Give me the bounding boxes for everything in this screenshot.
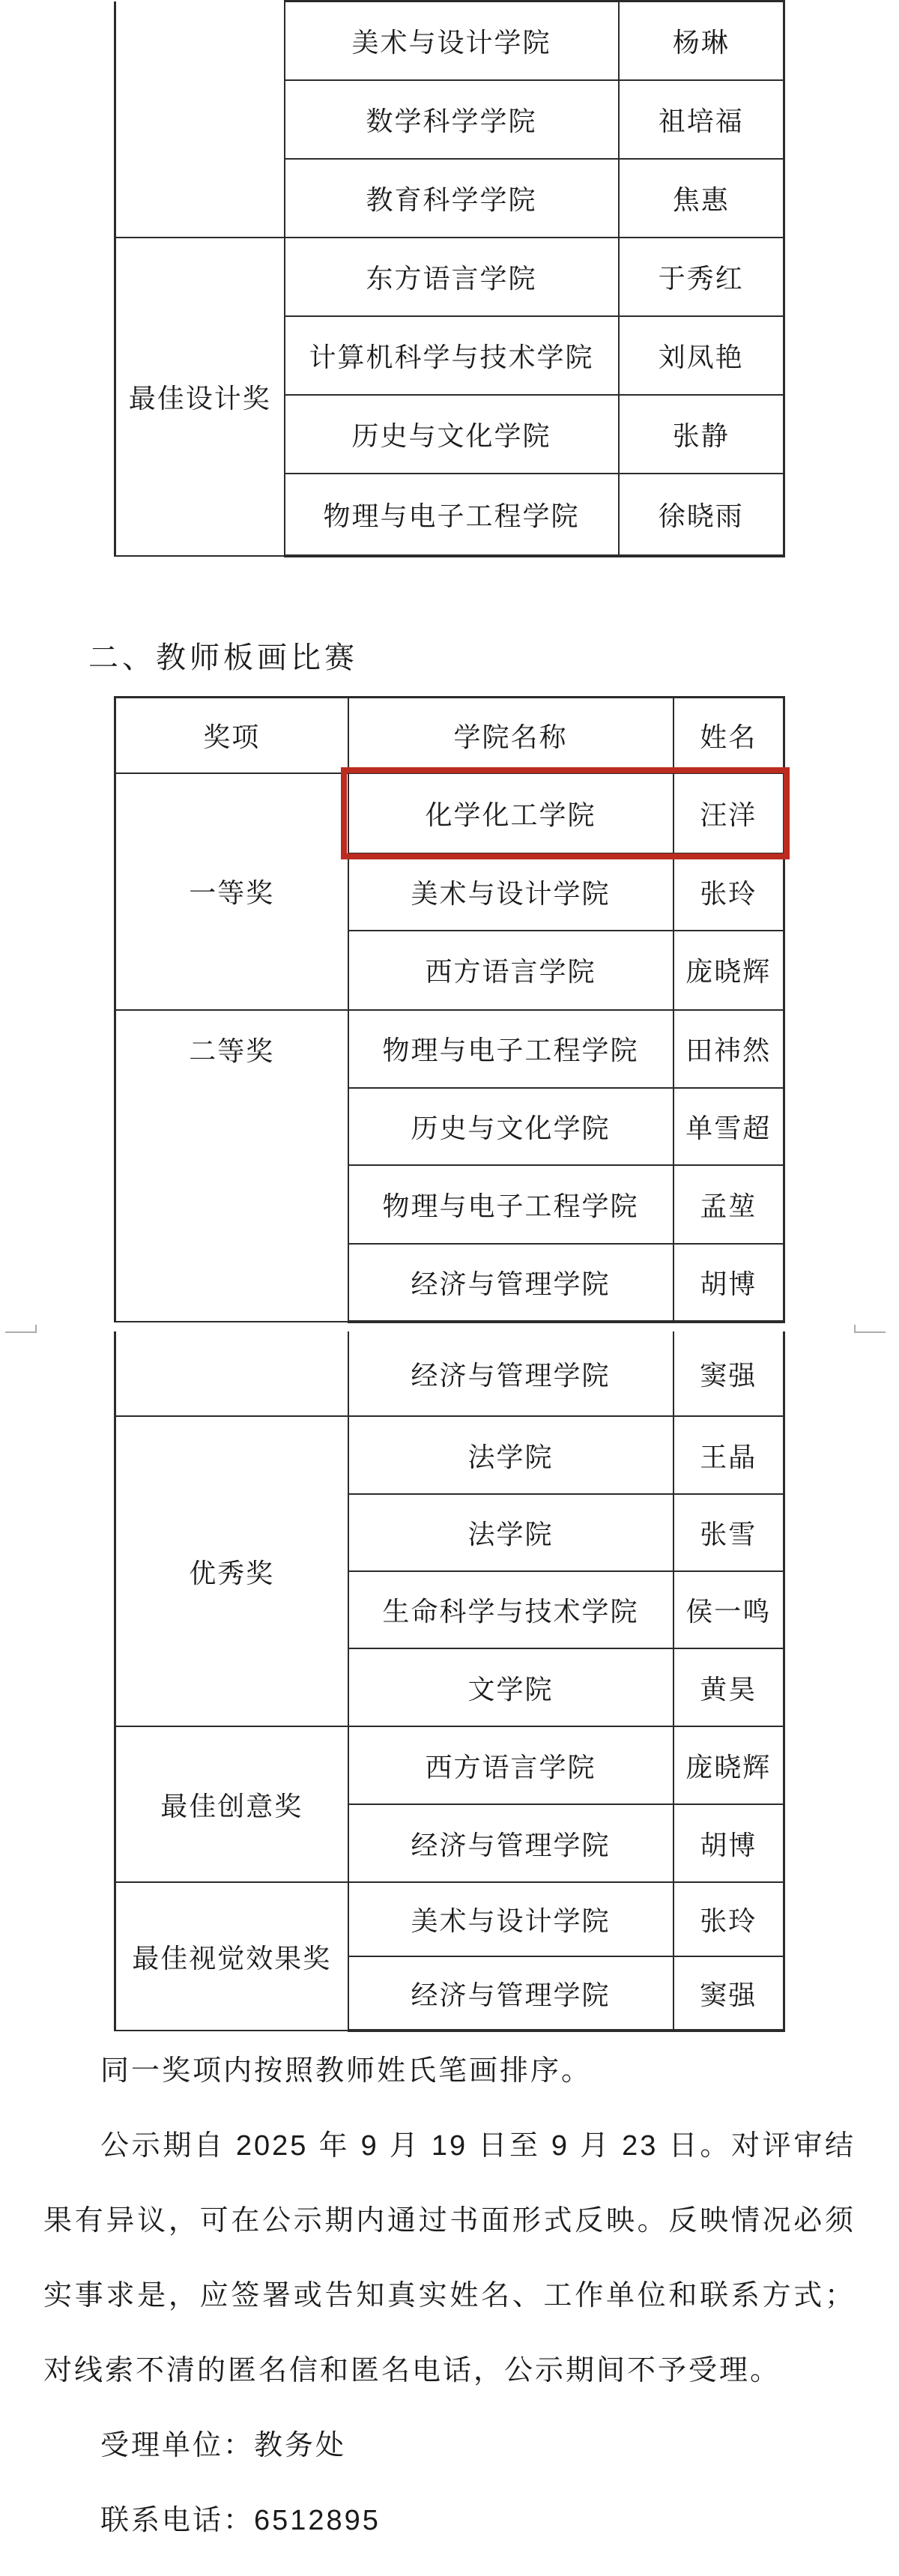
award-cell-empty: [115, 1, 285, 238]
college-cell: 历史与文化学院: [348, 1088, 674, 1165]
college-cell: 教育科学学院: [285, 159, 619, 238]
name-cell: 田祎然: [674, 1010, 784, 1088]
table-row: 美术与设计学院 杨琳: [115, 1, 784, 80]
college-cell: 计算机科学与技术学院: [285, 316, 619, 395]
name-cell: 祖培福: [619, 80, 784, 159]
table-row: 最佳视觉效果奖 美术与设计学院 张玲: [115, 1882, 784, 1956]
name-cell: 刘凤艳: [619, 316, 784, 395]
page-corner-mark-left: [5, 1325, 37, 1333]
name-cell: 胡博: [674, 1244, 784, 1322]
name-cell: 单雪超: [674, 1088, 784, 1165]
name-cell: 杨琳: [619, 1, 784, 80]
award-label: 二等奖: [116, 1011, 348, 1089]
table-row: 经济与管理学院 窦强: [115, 1331, 784, 1416]
header-award: 奖项: [115, 698, 348, 773]
name-cell: 庞晓辉: [674, 931, 784, 1010]
award-table-2-part2: 经济与管理学院 窦强 优秀奖 法学院 王晶 法学院 张雪 生命科学与技术学院 侯…: [114, 1331, 785, 2032]
name-cell: 张静: [619, 395, 784, 474]
sort-note: 同一奖项内按照教师姓氏笔画排序。: [43, 2034, 856, 2108]
document-page: 美术与设计学院 杨琳 数学科学学院 祖培福 教育科学学院 焦惠 最佳设计奖 东方…: [0, 0, 899, 2576]
name-cell: 孟堃: [674, 1165, 784, 1244]
name-cell: 黄昊: [674, 1648, 784, 1726]
college-cell: 经济与管理学院: [348, 1804, 674, 1882]
college-cell: 物理与电子工程学院: [285, 474, 619, 556]
college-cell: 生命科学与技术学院: [348, 1571, 674, 1648]
college-cell: 美术与设计学院: [285, 1, 619, 80]
notes-block: 同一奖项内按照教师姓氏笔画排序。 公示期自 2025 年 9 月 19 日至 9…: [43, 2034, 856, 2558]
college-cell: 经济与管理学院: [348, 1331, 674, 1416]
name-cell: 张雪: [674, 1494, 784, 1571]
page-corner-mark-right: [854, 1325, 886, 1333]
college-cell: 文学院: [348, 1648, 674, 1726]
accept-unit: 受理单位：教务处: [43, 2408, 856, 2483]
college-cell: 东方语言学院: [285, 238, 619, 316]
college-cell: 西方语言学院: [348, 1726, 674, 1804]
name-cell: 张玲: [674, 853, 784, 931]
table-row: 优秀奖 法学院 王晶: [115, 1416, 784, 1494]
name-cell: 王晶: [674, 1416, 784, 1494]
college-cell: 物理与电子工程学院: [348, 1165, 674, 1244]
name-cell: 庞晓辉: [674, 1726, 784, 1804]
name-cell: 徐晓雨: [619, 474, 784, 556]
college-cell: 西方语言学院: [348, 931, 674, 1010]
highlight-box: [341, 767, 790, 859]
header-college: 学院名称: [348, 698, 674, 773]
college-cell: 法学院: [348, 1494, 674, 1571]
college-cell: 经济与管理学院: [348, 1244, 674, 1322]
award-cell: 最佳创意奖: [115, 1726, 348, 1882]
contact-phone: 联系电话：6512895: [43, 2483, 856, 2558]
award-cell: 最佳视觉效果奖: [115, 1882, 348, 2031]
name-cell: 焦惠: [619, 159, 784, 238]
table-row: 二等奖 物理与电子工程学院 田祎然: [115, 1010, 784, 1088]
table-row: 最佳设计奖 东方语言学院 于秀红: [115, 238, 784, 316]
award-cell: 最佳设计奖: [115, 238, 285, 556]
header-name: 姓名: [674, 698, 784, 773]
award-cell: 优秀奖: [115, 1416, 348, 1726]
table-header-row: 奖项 学院名称 姓名: [115, 698, 784, 773]
college-cell: 数学科学学院: [285, 80, 619, 159]
award-cell: 二等奖: [115, 1010, 348, 1322]
college-cell: 美术与设计学院: [348, 1882, 674, 1956]
award-cell: 一等奖: [115, 773, 348, 1010]
name-cell: 张玲: [674, 1882, 784, 1956]
table-row: 最佳创意奖 西方语言学院 庞晓辉: [115, 1726, 784, 1804]
name-cell: 窦强: [674, 1331, 784, 1416]
publicity-note: 公示期自 2025 年 9 月 19 日至 9 月 23 日。对评审结果有异议，…: [43, 2108, 856, 2408]
name-cell: 侯一鸣: [674, 1571, 784, 1648]
college-cell: 法学院: [348, 1416, 674, 1494]
award-table-1: 美术与设计学院 杨琳 数学科学学院 祖培福 教育科学学院 焦惠 最佳设计奖 东方…: [114, 0, 785, 557]
award-cell-empty: [115, 1331, 348, 1416]
college-cell: 美术与设计学院: [348, 853, 674, 931]
name-cell: 于秀红: [619, 238, 784, 316]
name-cell: 窦强: [674, 1956, 784, 2031]
section-heading: 二、教师板画比赛: [88, 634, 358, 677]
college-cell: 物理与电子工程学院: [348, 1010, 674, 1088]
name-cell: 胡博: [674, 1804, 784, 1882]
college-cell: 历史与文化学院: [285, 395, 619, 474]
college-cell: 经济与管理学院: [348, 1956, 674, 2031]
